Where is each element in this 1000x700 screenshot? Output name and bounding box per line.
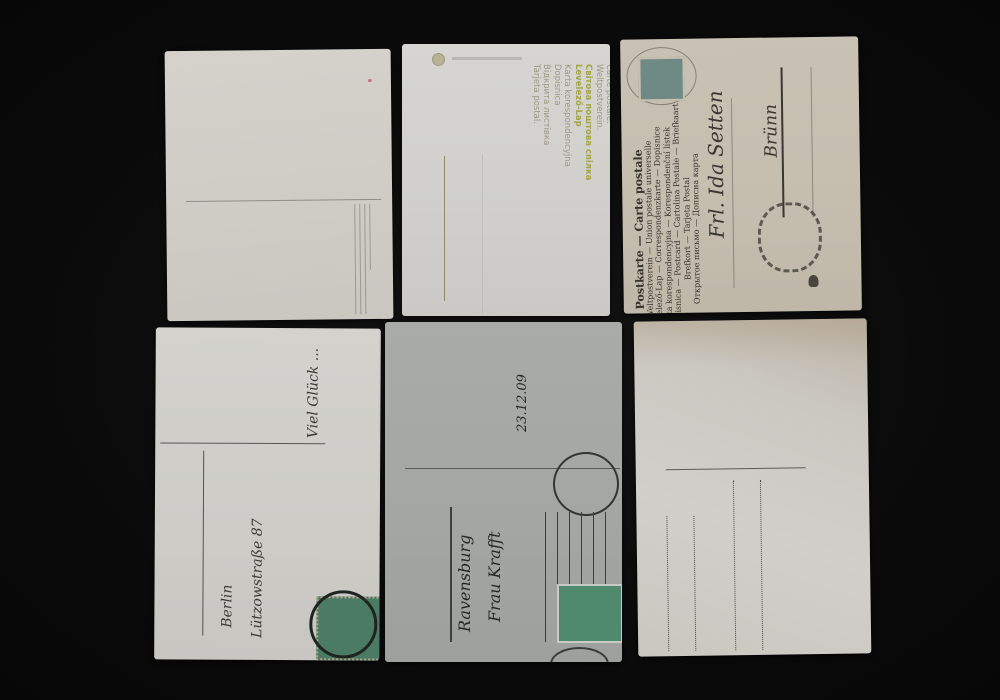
postmark-octagon-icon xyxy=(757,202,822,273)
printed-header: Postkarte — Carte postale Weltpostverein… xyxy=(633,129,696,314)
street-handwriting: Lützowstraße 87 xyxy=(249,518,266,638)
postcard-bottom-left: Viel Glück ... Berlin Lützowstraße 87 xyxy=(154,327,381,660)
date-handwriting: 23.12.09 xyxy=(515,374,530,432)
city-handwriting: Brünn xyxy=(761,104,782,158)
address-line xyxy=(731,98,735,288)
postcard-top-right: Postkarte — Carte postale Weltpostverein… xyxy=(620,36,862,313)
ink-spot xyxy=(368,79,372,82)
emblem-icon xyxy=(808,275,818,287)
address-dotted-line xyxy=(760,480,763,650)
greeting-handwriting: Viel Glück ... xyxy=(305,348,321,438)
header-line: Відкрита листівка xyxy=(541,64,552,244)
header-line: Carte postale. xyxy=(604,64,610,244)
dividing-line xyxy=(450,507,452,642)
city-handwriting: Ravensburg xyxy=(455,535,474,632)
header-line: Weltpostverein. xyxy=(594,64,605,244)
postmark-icon xyxy=(553,452,619,516)
dividing-line xyxy=(666,467,806,470)
dividing-line xyxy=(160,442,325,444)
postcard-bottom-right xyxy=(634,318,872,656)
header-line: Levelező-Lap xyxy=(573,64,584,244)
address-line xyxy=(810,67,813,217)
stamp-icon xyxy=(638,57,685,102)
faint-divider xyxy=(482,154,483,314)
header-line: Открытое письмо — Дописна карта xyxy=(690,129,702,314)
recipient-handwriting: Frau Krafft xyxy=(485,531,504,622)
dividing-line xyxy=(186,199,381,202)
postcard-top-left xyxy=(165,49,394,321)
cancel-bar xyxy=(545,512,546,642)
address-dotted-line xyxy=(666,516,669,651)
printed-header: Postkarte. Carte postale. Weltpostverein… xyxy=(530,64,610,244)
header-line: Світова поштова спілка xyxy=(583,64,594,244)
water-stain xyxy=(634,318,868,366)
postcard-bottom-middle: 23.12.09 Frau Krafft Ravensburg xyxy=(385,322,622,662)
header-line: Dopisnica xyxy=(552,64,563,244)
postcard-top-middle: Postkarte. Carte postale. Weltpostverein… xyxy=(402,44,610,316)
dividing-line xyxy=(202,451,204,636)
recipient-handwriting: Frl. Ida Setten xyxy=(703,90,729,238)
postmark-icon xyxy=(550,647,609,662)
city-handwriting: Berlin xyxy=(219,585,235,628)
stamp-icon xyxy=(557,584,622,643)
publisher-line xyxy=(452,57,522,60)
header-line: Karta korespondencyjna xyxy=(562,64,573,244)
postmark-icon xyxy=(309,590,377,658)
publisher-imprint xyxy=(352,204,383,314)
header-line: Tarjeta postal. xyxy=(531,64,542,244)
address-line xyxy=(781,67,785,217)
address-dotted-line xyxy=(733,480,736,650)
publisher-logo-icon xyxy=(432,53,445,66)
dividing-line xyxy=(444,156,445,301)
address-dotted-line xyxy=(693,516,696,651)
